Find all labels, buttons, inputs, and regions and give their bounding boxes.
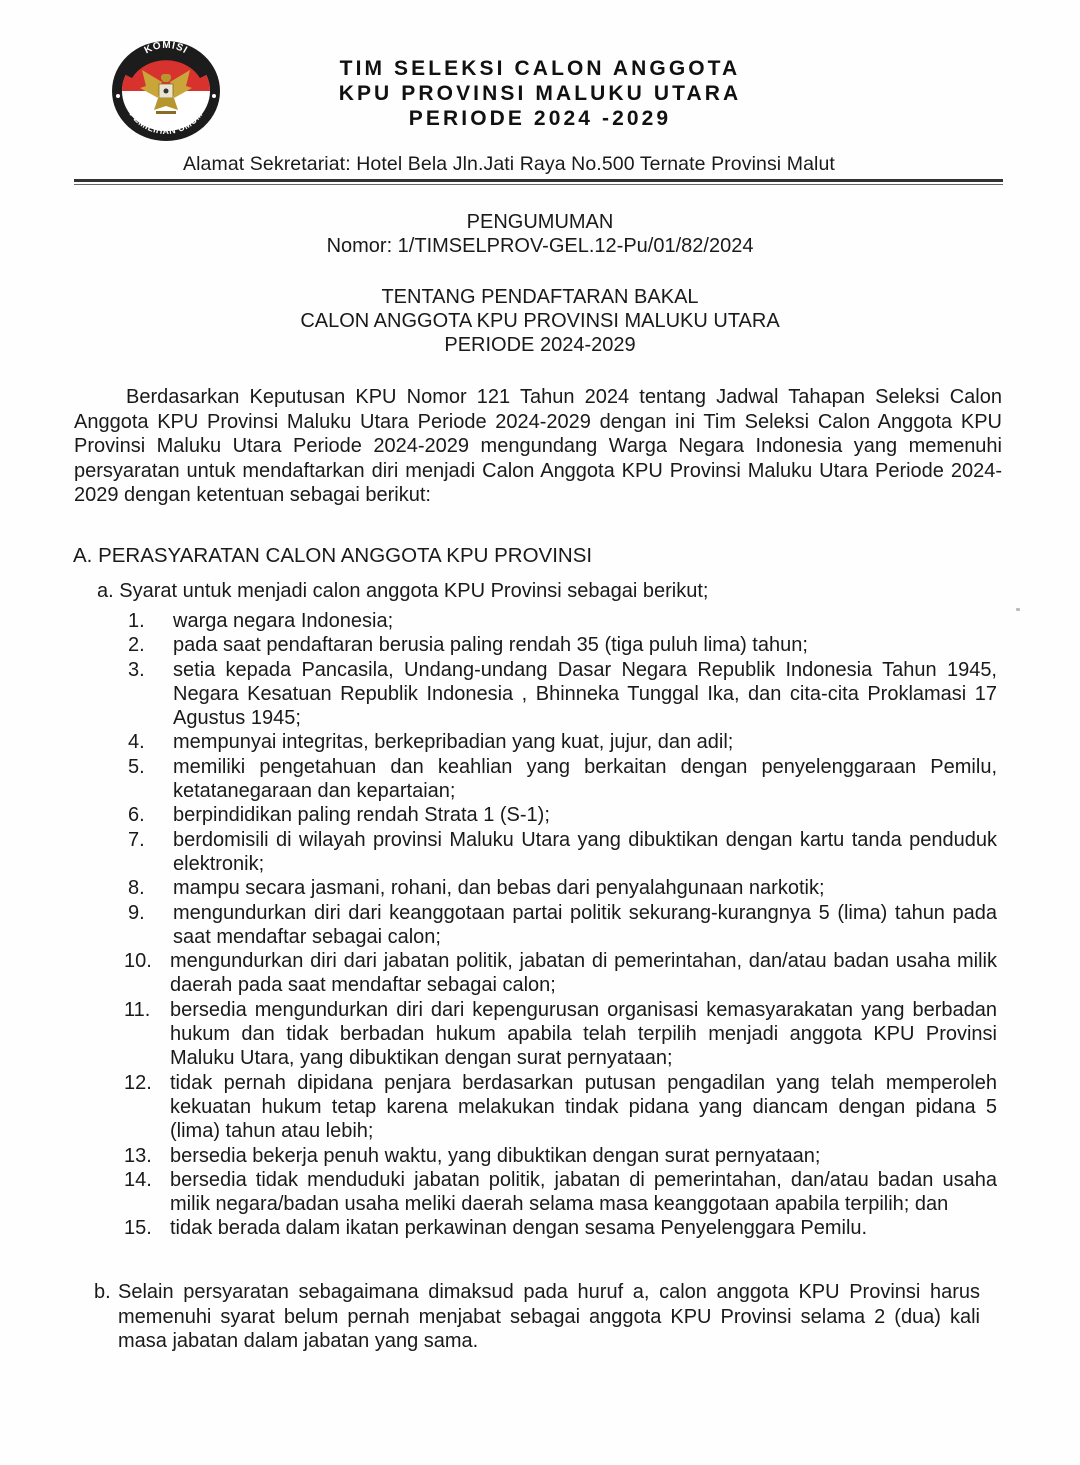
announcement-subject: TENTANG PENDAFTARAN BAKAL CALON ANGGOTA … [0, 285, 1080, 357]
letterhead-divider [74, 179, 1003, 182]
requirement-item: 8.mampu secara jasmani, rohani, dan beba… [124, 876, 997, 900]
subsection-b-text: Selain persyaratan sebagaimana dimaksud … [118, 1281, 980, 1352]
secretariat-address: Alamat Sekretariat: Hotel Bela Jln.Jati … [183, 153, 835, 176]
requirement-item: 11.bersedia mengundurkan diri dari kepen… [124, 998, 997, 1071]
requirement-item: 13.bersedia bekerja penuh waktu, yang di… [124, 1144, 997, 1168]
section-a-heading: A. PERASYARATAN CALON ANGGOTA KPU PROVIN… [73, 544, 592, 568]
scan-speck [1016, 608, 1020, 611]
subsection-b-paragraph: b. Selain persyaratan sebagaimana dimaks… [94, 1280, 980, 1354]
intro-paragraph: Berdasarkan Keputusan KPU Nomor 121 Tahu… [74, 385, 1002, 508]
subsection-a-heading: a. Syarat untuk menjadi calon anggota KP… [97, 580, 708, 603]
requirement-item: 14.bersedia tidak menduduki jabatan poli… [124, 1168, 997, 1217]
letterhead-divider-thin [74, 184, 1003, 185]
document-page: KOMISI PEMILIHAN UMUM TIM SELEKSI CALON … [0, 0, 1080, 1465]
subsection-b-label: b. [94, 1280, 111, 1305]
requirement-item: 5.memiliki pengetahuan dan keahlian yang… [124, 755, 997, 804]
letterhead-line: PERIODE 2024 -2029 [230, 106, 850, 131]
announcement-number: Nomor: 1/TIMSELPROV-GEL.12-Pu/01/82/2024 [0, 234, 1080, 258]
requirement-item: 10.mengundurkan diri dari jabatan politi… [124, 949, 997, 998]
letterhead-title: TIM SELEKSI CALON ANGGOTA KPU PROVINSI M… [230, 56, 850, 131]
announcement-title: PENGUMUMAN [0, 210, 1080, 234]
requirement-item: 9.mengundurkan diri dari keanggotaan par… [124, 901, 997, 950]
requirement-item: 2.pada saat pendaftaran berusia paling r… [124, 633, 997, 657]
letterhead-line: TIM SELEKSI CALON ANGGOTA [230, 56, 850, 81]
requirement-item: 15.tidak berada dalam ikatan perkawinan … [124, 1216, 997, 1240]
requirement-item: 6.berpindidikan paling rendah Strata 1 (… [124, 803, 997, 827]
requirement-item: 7.berdomisili di wilayah provinsi Maluku… [124, 828, 997, 877]
letterhead-line: KPU PROVINSI MALUKU UTARA [230, 81, 850, 106]
requirements-list: 1.warga negara Indonesia; 2.pada saat pe… [124, 609, 997, 1241]
subject-line: CALON ANGGOTA KPU PROVINSI MALUKU UTARA [0, 309, 1080, 333]
requirement-item: 1.warga negara Indonesia; [124, 609, 997, 633]
kpu-logo-icon: KOMISI PEMILIHAN UMUM [108, 38, 224, 144]
subject-line: PERIODE 2024-2029 [0, 333, 1080, 357]
subject-line: TENTANG PENDAFTARAN BAKAL [0, 285, 1080, 309]
requirement-item: 12.tidak pernah dipidana penjara berdasa… [124, 1071, 997, 1144]
requirement-item: 3.setia kepada Pancasila, Undang-undang … [124, 658, 997, 731]
requirement-item: 4.mempunyai integritas, berkepribadian y… [124, 730, 997, 754]
announcement-header: PENGUMUMAN Nomor: 1/TIMSELPROV-GEL.12-Pu… [0, 210, 1080, 258]
